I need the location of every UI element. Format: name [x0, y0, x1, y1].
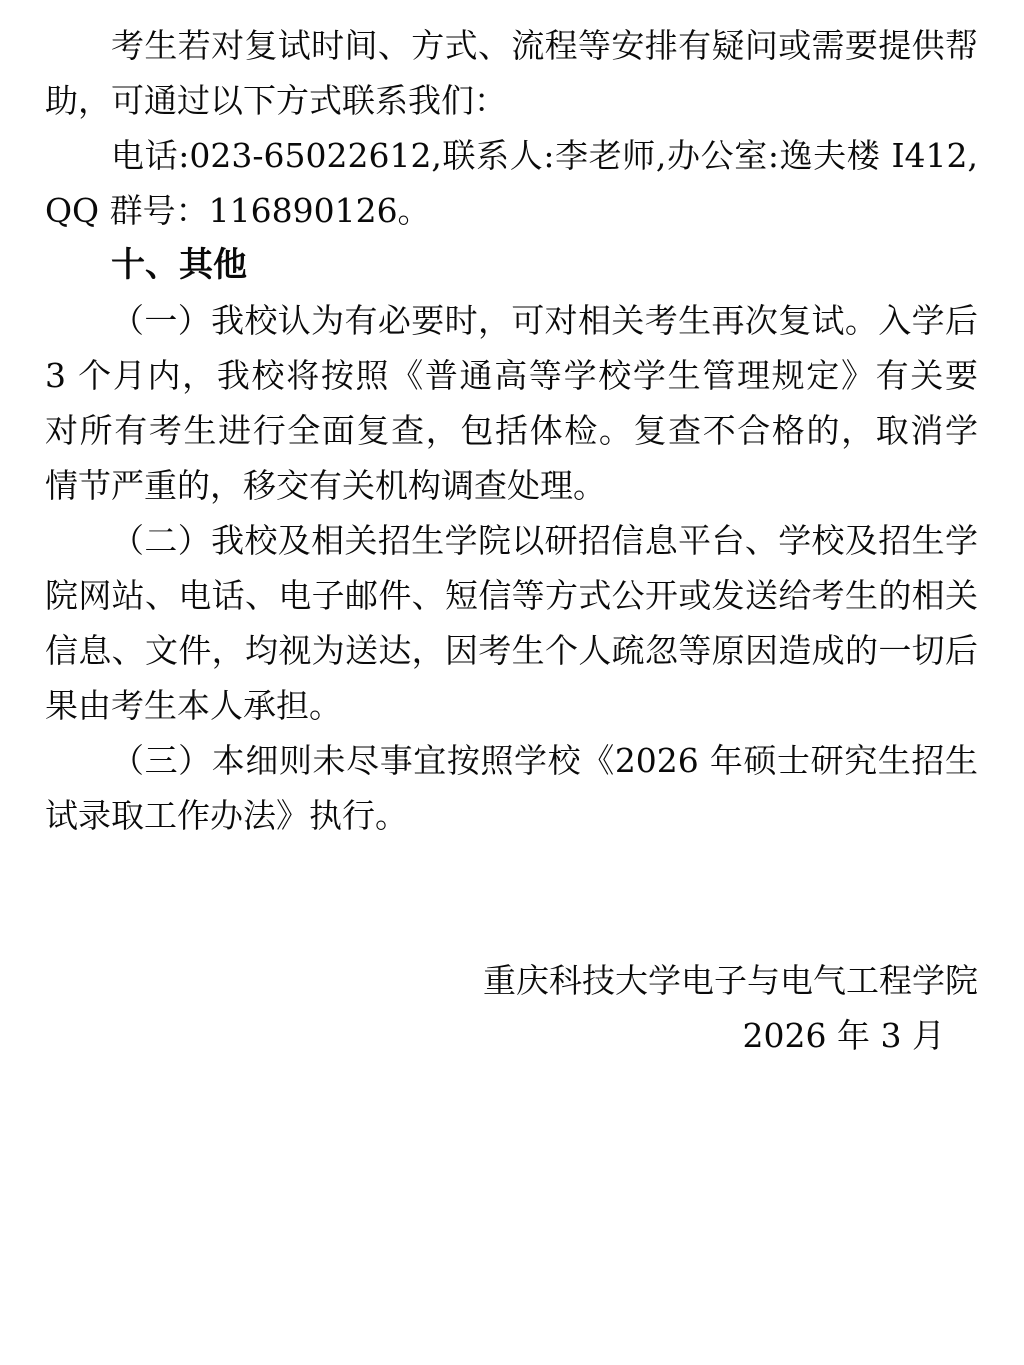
- text-line: （三）本细则未尽事宜按照学校《2026 年硕士研究生招生复: [45, 733, 978, 788]
- text-line: 助，可通过以下方式联系我们：: [45, 73, 978, 128]
- text-line: 对所有考生进行全面复查，包括体检。复查不合格的，取消学籍；: [45, 403, 978, 458]
- date-line: 2026 年 3 月: [45, 1008, 978, 1063]
- text-line: 试录取工作办法》执行。: [45, 788, 978, 843]
- blank-space: [45, 843, 978, 953]
- text-line: （一）我校认为有必要时，可对相关考生再次复试。入学后: [45, 293, 978, 348]
- signature-line: 重庆科技大学电子与电气工程学院: [45, 953, 978, 1008]
- text-line: 3 个月内，我校将按照《普通高等学校学生管理规定》有关要求，: [45, 348, 978, 403]
- text-line: 电话:023-65022612,联系人:李老师,办公室:逸夫楼 I412,: [45, 128, 978, 183]
- text-line: 果由考生本人承担。: [45, 678, 978, 733]
- text-line: 信息、文件，均视为送达，因考生个人疏忽等原因造成的一切后: [45, 623, 978, 678]
- document-body: 考生若对复试时间、方式、流程等安排有疑问或需要提供帮助，可通过以下方式联系我们：…: [45, 18, 978, 1063]
- text-line: QQ 群号：116890126。: [45, 183, 978, 238]
- document-page: 考生若对复试时间、方式、流程等安排有疑问或需要提供帮助，可通过以下方式联系我们：…: [0, 0, 1024, 1365]
- heading-line: 十、其他: [45, 238, 978, 293]
- text-line: 考生若对复试时间、方式、流程等安排有疑问或需要提供帮: [45, 18, 978, 73]
- text-line: （二）我校及相关招生学院以研招信息平台、学校及招生学: [45, 513, 978, 568]
- text-line: 情节严重的，移交有关机构调查处理。: [45, 458, 978, 513]
- text-line: 院网站、电话、电子邮件、短信等方式公开或发送给考生的相关: [45, 568, 978, 623]
